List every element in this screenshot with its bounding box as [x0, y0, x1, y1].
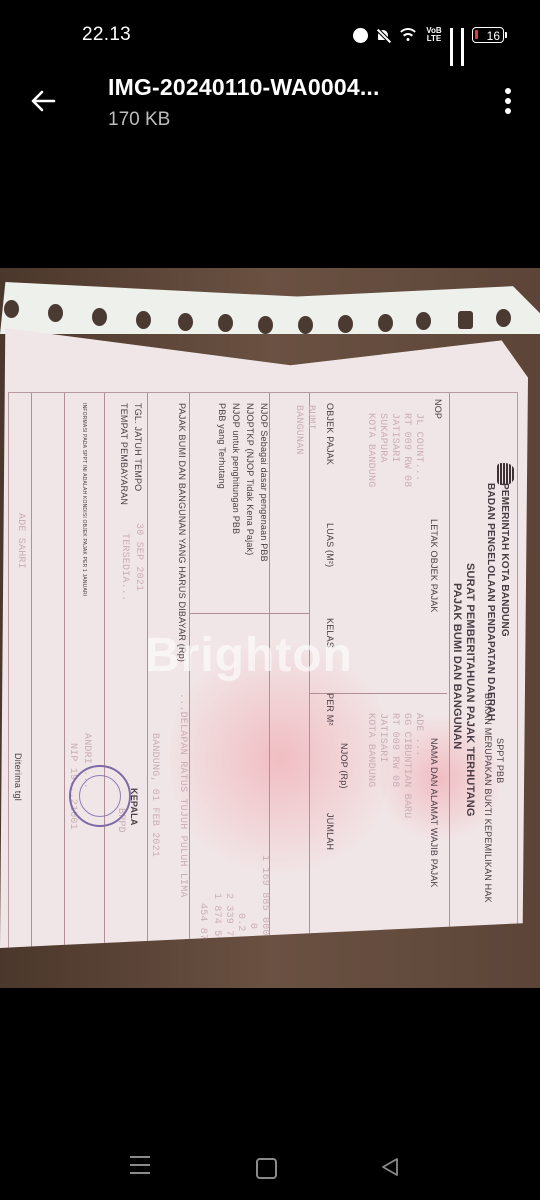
location-label: LETAK OBJEK PAJAK	[429, 519, 439, 613]
header-line1: PEMERINTAH KOTA BANDUNG	[499, 483, 510, 637]
info-note: INFORMASI PADA SPPT INI ADALAH KONDISI O…	[81, 403, 87, 596]
status-icons: VoB LTE 16	[353, 24, 504, 46]
doc-title-line1: SURAT PEMBERITAHUAN PAJAK TERHUTANG	[464, 563, 476, 817]
header-line2: BADAN PENGELOLAAN PENDAPATAN DAERAH	[485, 483, 496, 721]
more-options-button[interactable]	[498, 84, 518, 118]
wifi-icon	[398, 28, 418, 42]
battery-icon: 16	[472, 27, 504, 43]
city-logo	[497, 463, 515, 485]
signal-icon	[461, 28, 464, 42]
disclaimer: BUKAN MERUPAKAN BUKTI KEPEMILIKAN HAK	[483, 693, 493, 903]
nop-label: NOP	[433, 399, 443, 419]
home-button[interactable]	[256, 1158, 277, 1179]
payable-words: ...DELAPAN RATUS TUJUH PULUH LIMA	[177, 693, 188, 898]
signal-icon	[450, 28, 453, 42]
taxpayer-name: ADE SAHRI	[15, 513, 26, 569]
recent-apps-button[interactable]	[130, 1156, 150, 1176]
th-jumlah: JUMLAH	[325, 813, 335, 850]
file-title: IMG-20240110-WA0004...	[108, 74, 380, 101]
th-luas: LUAS (M²)	[325, 523, 335, 567]
tax-document: PEMERINTAH KOTA BANDUNG BADAN PENGELOLAA…	[0, 328, 528, 948]
image-preview[interactable]: PEMERINTAH KOTA BANDUNG BADAN PENGELOLAA…	[0, 268, 540, 988]
owner-label: NAMA DAN ALAMAT WAJIB PAJAK	[429, 738, 439, 888]
status-bar: 22.13 VoB LTE 16	[0, 0, 540, 70]
watermark: Brighton	[145, 628, 353, 683]
bell-off-icon	[376, 28, 390, 43]
due-value: 30 SEP 2021	[133, 523, 144, 591]
due-label: TGL. JATUH TEMPO	[133, 403, 143, 491]
triangle-back-icon	[380, 1157, 400, 1177]
doc-title-line2: PAJAK BUMI DAN BANGUNAN	[451, 583, 463, 749]
navigation-bar	[0, 1120, 540, 1200]
app-bar: IMG-20240110-WA0004... 170 KB	[0, 70, 540, 140]
th-per-m2: PER M²	[325, 693, 335, 726]
total-value: 454 875	[197, 903, 208, 946]
battery-level: 16	[487, 28, 500, 44]
sppt-label: SPPT PBB	[495, 738, 505, 783]
city-date: BANDUNG, 01 FEB 2021	[149, 733, 160, 857]
more-vert-icon	[505, 88, 511, 94]
official-stamp	[69, 765, 131, 827]
payable-label: PAJAK BUMI DAN BANGUNAN YANG HARUS DIBAY…	[177, 403, 187, 662]
alarm-icon	[353, 28, 368, 43]
nav-back-button[interactable]	[380, 1157, 400, 1177]
th-njop: NJOP (Rp)	[339, 743, 349, 789]
arrow-left-icon	[28, 86, 58, 116]
received-label: Diterima tgl	[13, 753, 23, 801]
clock: 22.13	[82, 24, 131, 46]
file-size: 170 KB	[108, 109, 170, 131]
th-objek: OBJEK PAJAK	[325, 403, 335, 465]
document-form: PEMERINTAH KOTA BANDUNG BADAN PENGELOLAA…	[8, 392, 518, 988]
volte-icon: VoB LTE	[426, 27, 442, 43]
place-value: TERSEDIA...	[119, 533, 130, 601]
back-button[interactable]	[28, 86, 58, 116]
place-label: TEMPAT PEMBAYARAN	[119, 403, 129, 505]
